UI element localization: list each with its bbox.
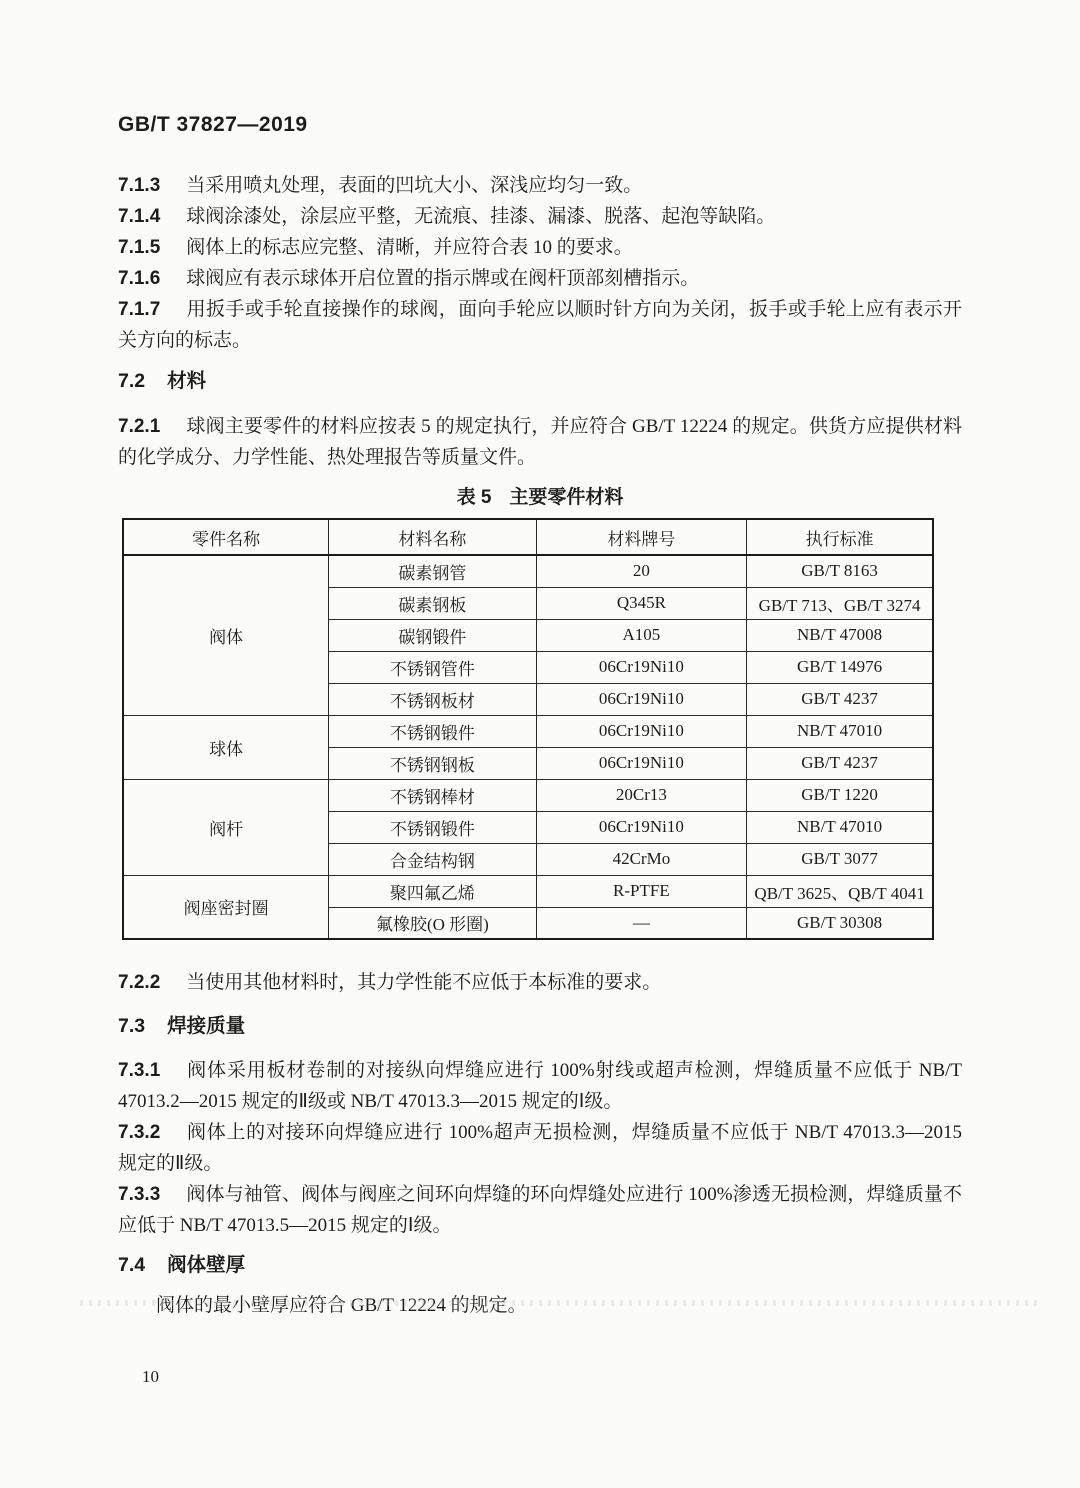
clause-number: 7.2.2 — [118, 972, 186, 993]
clause-text: 当采用喷丸处理，表面的凹坑大小、深浅应均匀一致。 — [186, 175, 642, 196]
standard-cell: GB/T 4237 — [747, 747, 933, 779]
material-cell: 不锈钢板材 — [329, 683, 536, 715]
standard-cell: NB/T 47010 — [747, 715, 933, 747]
grade-cell: 06Cr19Ni10 — [536, 715, 747, 747]
clause-number: 7.3.1 — [118, 1060, 186, 1081]
heading-title: 材料 — [167, 370, 206, 392]
grade-cell: — — [536, 907, 747, 939]
col-header-standard: 执行标准 — [747, 519, 933, 555]
material-cell: 不锈钢钢板 — [329, 747, 536, 779]
clauses-7-1: 7.1.3当采用喷丸处理，表面的凹坑大小、深浅应均匀一致。 7.1.4球阀涂漆处… — [118, 170, 962, 356]
grade-cell: A105 — [536, 619, 747, 651]
material-cell: 不锈钢棒材 — [329, 779, 536, 811]
material-cell: 碳素钢管 — [329, 555, 536, 587]
grade-cell: 20 — [536, 555, 747, 587]
heading-number: 7.4 — [118, 1254, 167, 1276]
clause-number: 7.1.3 — [118, 175, 186, 196]
standard-cell: GB/T 713、GB/T 3274 — [747, 587, 933, 619]
clause-text: 球阀应有表示球体开启位置的指示牌或在阀杆顶部刻槽指示。 — [186, 268, 699, 289]
materials-table: 零件名称 材料名称 材料牌号 执行标准 阀体 碳素钢管 20 GB/T 8163… — [122, 518, 934, 940]
part-cell-seat-seal-ring: 阀座密封圈 — [123, 875, 329, 939]
table-row: 球体 不锈钢锻件 06Cr19Ni10 NB/T 47010 — [123, 715, 933, 747]
heading-7-3: 7.3焊接质量 — [118, 1011, 962, 1042]
clause-7-1-4: 7.1.4球阀涂漆处，涂层应平整，无流痕、挂漆、漏漆、脱落、起泡等缺陷。 — [118, 201, 962, 232]
clause-text: 球阀涂漆处，涂层应平整，无流痕、挂漆、漏漆、脱落、起泡等缺陷。 — [186, 206, 775, 227]
clause-text: 用扳手或手轮直接操作的球阀，面向手轮应以顺时针方向为关闭，扳手或手轮上应有表示开… — [118, 299, 962, 351]
standard-cell: NB/T 47008 — [747, 619, 933, 651]
table-5-caption: 表 5主要零件材料 — [118, 482, 962, 513]
standard-cell: GB/T 3077 — [747, 843, 933, 875]
clause-7-1-6: 7.1.6球阀应有表示球体开启位置的指示牌或在阀杆顶部刻槽指示。 — [118, 263, 962, 294]
material-cell: 不锈钢锻件 — [329, 715, 536, 747]
clause-text: 阀体上的对接环向焊缝应进行 100%超声无损检测，焊缝质量不应低于 NB/T 4… — [118, 1122, 962, 1174]
material-cell: 聚四氟乙烯 — [329, 875, 536, 907]
standard-cell: GB/T 14976 — [747, 651, 933, 683]
clause-number: 7.1.4 — [118, 206, 186, 227]
col-header-material-name: 材料名称 — [329, 519, 536, 555]
scan-artifact — [80, 1300, 1040, 1306]
grade-cell: Q345R — [536, 587, 747, 619]
part-cell-valve-body: 阀体 — [123, 555, 329, 715]
clause-7-3-2: 7.3.2阀体上的对接环向焊缝应进行 100%超声无损检测，焊缝质量不应低于 N… — [118, 1117, 962, 1179]
material-cell: 碳素钢板 — [329, 587, 536, 619]
clause-text: 阀体上的标志应完整、清晰，并应符合表 10 的要求。 — [186, 237, 633, 258]
clause-7-1-5: 7.1.5阀体上的标志应完整、清晰，并应符合表 10 的要求。 — [118, 232, 962, 263]
table-caption-label: 表 5 — [457, 487, 510, 508]
clause-number: 7.3.2 — [118, 1122, 186, 1143]
heading-title: 焊接质量 — [167, 1015, 245, 1037]
heading-title: 阀体壁厚 — [167, 1254, 245, 1276]
table-row: 阀杆 不锈钢棒材 20Cr13 GB/T 1220 — [123, 779, 933, 811]
clause-number: 7.3.3 — [118, 1184, 186, 1205]
grade-cell: 06Cr19Ni10 — [536, 683, 747, 715]
table-row: 阀座密封圈 聚四氟乙烯 R-PTFE QB/T 3625、QB/T 4041 — [123, 875, 933, 907]
table-header-row: 零件名称 材料名称 材料牌号 执行标准 — [123, 519, 933, 555]
clause-7-2-1: 7.2.1球阀主要零件的材料应按表 5 的规定执行，并应符合 GB/T 1222… — [118, 411, 962, 473]
heading-number: 7.2 — [118, 370, 167, 392]
grade-cell: 42CrMo — [536, 843, 747, 875]
clause-7-1-3: 7.1.3当采用喷丸处理，表面的凹坑大小、深浅应均匀一致。 — [118, 170, 962, 201]
material-cell: 合金结构钢 — [329, 843, 536, 875]
standard-cell: GB/T 1220 — [747, 779, 933, 811]
clause-number: 7.1.7 — [118, 299, 186, 320]
grade-cell: 06Cr19Ni10 — [536, 651, 747, 683]
clause-7-2-2: 7.2.2当使用其他材料时，其力学性能不应低于本标准的要求。 — [118, 967, 962, 998]
heading-7-2: 7.2材料 — [118, 366, 962, 397]
clause-7-3-3: 7.3.3阀体与袖管、阀体与阀座之间环向焊缝的环向焊缝处应进行 100%渗透无损… — [118, 1179, 962, 1241]
table-caption-title: 主要零件材料 — [509, 487, 623, 508]
material-cell: 不锈钢管件 — [329, 651, 536, 683]
material-cell: 碳钢锻件 — [329, 619, 536, 651]
col-header-part-name: 零件名称 — [123, 519, 329, 555]
standard-cell: GB/T 30308 — [747, 907, 933, 939]
standard-cell: GB/T 8163 — [747, 555, 933, 587]
document-page: GB/T 37827—2019 7.1.3当采用喷丸处理，表面的凹坑大小、深浅应… — [0, 0, 1080, 1488]
clause-text: 阀体采用板材卷制的对接纵向焊缝应进行 100%射线或超声检测，焊缝质量不应低于 … — [118, 1060, 962, 1112]
clause-number: 7.1.6 — [118, 268, 186, 289]
clause-number: 7.2.1 — [118, 416, 186, 437]
heading-number: 7.3 — [118, 1015, 167, 1037]
clause-7-3-1: 7.3.1阀体采用板材卷制的对接纵向焊缝应进行 100%射线或超声检测，焊缝质量… — [118, 1055, 962, 1117]
standard-code: GB/T 37827—2019 — [118, 112, 962, 138]
heading-7-4: 7.4阀体壁厚 — [118, 1250, 962, 1281]
grade-cell: 06Cr19Ni10 — [536, 747, 747, 779]
standard-cell: GB/T 4237 — [747, 683, 933, 715]
part-cell-ball: 球体 — [123, 715, 329, 779]
clause-text: 球阀主要零件的材料应按表 5 的规定执行，并应符合 GB/T 12224 的规定… — [118, 416, 962, 468]
col-header-material-grade: 材料牌号 — [536, 519, 747, 555]
grade-cell: R-PTFE — [536, 875, 747, 907]
clause-7-1-7: 7.1.7用扳手或手轮直接操作的球阀，面向手轮应以顺时针方向为关闭，扳手或手轮上… — [118, 294, 962, 356]
clause-text: 阀体与袖管、阀体与阀座之间环向焊缝的环向焊缝处应进行 100%渗透无损检测，焊缝… — [118, 1184, 962, 1236]
standard-cell: QB/T 3625、QB/T 4041 — [747, 875, 933, 907]
material-cell: 不锈钢锻件 — [329, 811, 536, 843]
material-cell: 氟橡胶(O 形圈) — [329, 907, 536, 939]
grade-cell: 06Cr19Ni10 — [536, 811, 747, 843]
page-number: 10 — [142, 1367, 962, 1387]
part-cell-valve-stem: 阀杆 — [123, 779, 329, 875]
clause-text: 当使用其他材料时，其力学性能不应低于本标准的要求。 — [186, 972, 661, 993]
table-row: 阀体 碳素钢管 20 GB/T 8163 — [123, 555, 933, 587]
grade-cell: 20Cr13 — [536, 779, 747, 811]
clause-number: 7.1.5 — [118, 237, 186, 258]
standard-cell: NB/T 47010 — [747, 811, 933, 843]
